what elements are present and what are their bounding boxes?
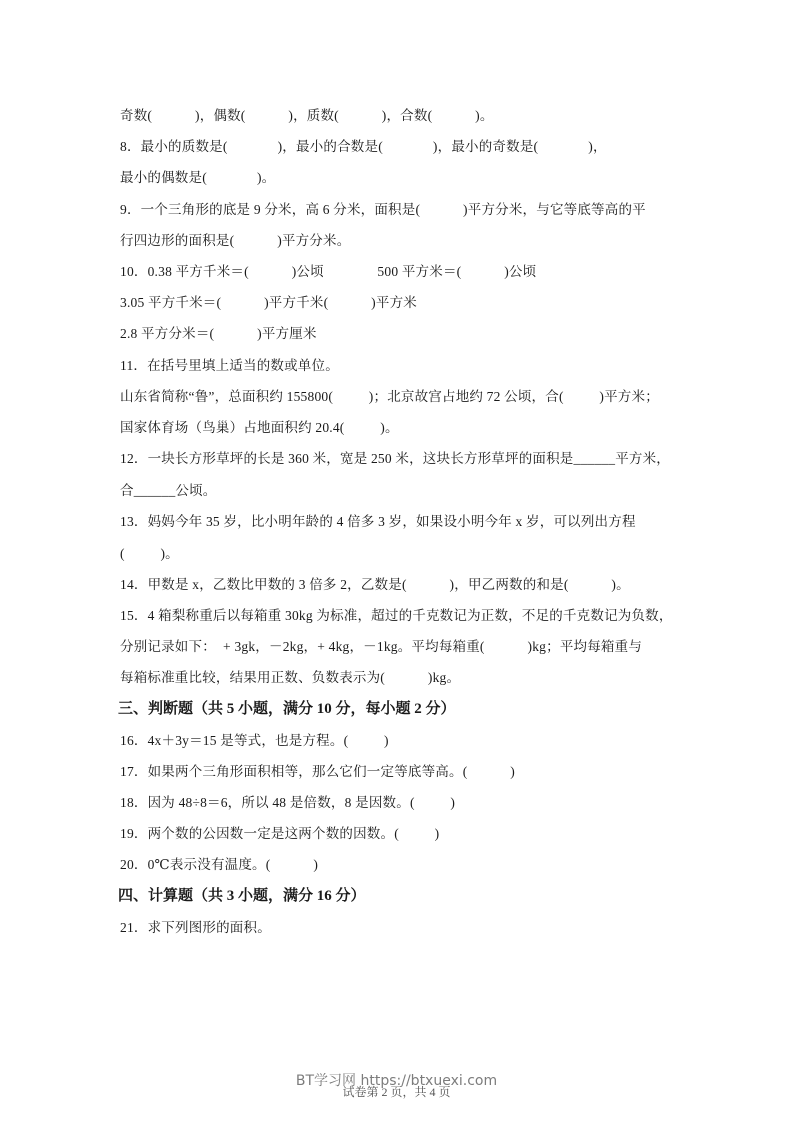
q9-line2: 行四边形的面积是( )平方分米。 xyxy=(120,229,350,249)
q16: 16．4x＋3y＝15 是等式，也是方程。( ) xyxy=(120,729,389,749)
q12-line1: 12．一块长方形草坪的长是 360 米，宽是 250 米，这块长方形草坪的面积是… xyxy=(120,447,670,467)
q17: 17．如果两个三角形面积相等，那么它们一定等底等高。( ) xyxy=(120,760,515,780)
q19: 19．两个数的公因数一定是这两个数的因数。( ) xyxy=(120,822,439,842)
q13-line1: 13．妈妈今年 35 岁，比小明年龄的 4 倍多 3 岁，如果设小明今年 x 岁… xyxy=(120,510,636,530)
q13-line2: ( )。 xyxy=(120,542,179,562)
q10-line2: 3.05 平方千米＝( )平方千米( )平方米 xyxy=(120,291,417,311)
q15-line1: 15．4 箱梨称重后以每箱重 30kg 为标准，超过的千克数记为正数，不足的千克… xyxy=(120,604,673,624)
q8-line2: 最小的偶数是( )。 xyxy=(120,166,275,186)
q20: 20．0℃表示没有温度。( ) xyxy=(120,853,318,873)
q11-line1: 山东省简称“鲁”，总面积约 155800( )；北京故宫占地约 72 公顷，合(… xyxy=(120,385,659,405)
q8-line1: 8．最小的质数是( )，最小的合数是( )，最小的奇数是( )， xyxy=(120,135,607,155)
q15-line2: 分别记录如下： + 3gk，－2kg，+ 4kg，－1kg。平均每箱重( )kg… xyxy=(120,635,642,655)
section-heading-judgment: 三、判断题（共 5 小题，满分 10 分，每小题 2 分） xyxy=(118,697,456,718)
q7-continuation: 奇数( )，偶数( )，质数( )，合数( )。 xyxy=(120,104,494,124)
q12-line2: 合______公顷。 xyxy=(120,479,217,499)
q10-line3: 2.8 平方分米＝( )平方厘米 xyxy=(120,322,317,342)
q11-title: 11．在括号里填上适当的数或单位。 xyxy=(120,354,339,374)
q9-line1: 9．一个三角形的底是 9 分米，高 6 分米，面积是( )平方分米，与它等底等高… xyxy=(120,198,646,218)
section-heading-calculation: 四、计算题（共 3 小题，满分 16 分） xyxy=(118,884,366,905)
q11-line2: 国家体育场（鸟巢）占地面积约 20.4( )。 xyxy=(120,416,399,436)
q14: 14．甲数是 x，乙数比甲数的 3 倍多 2，乙数是( )，甲乙两数的和是( )… xyxy=(120,573,630,593)
q10-line1: 10．0.38 平方千米＝( )公顷 500 平方米＝( )公顷 xyxy=(120,260,536,280)
watermark: BT学习网 https://btxuexi.com xyxy=(0,1070,793,1090)
q21: 21．求下列图形的面积。 xyxy=(120,916,271,936)
q15-line3: 每箱标准重比较，结果用正数、负数表示为( )kg。 xyxy=(120,666,460,686)
q18: 18．因为 48÷8＝6，所以 48 是倍数，8 是因数。( ) xyxy=(120,791,455,811)
